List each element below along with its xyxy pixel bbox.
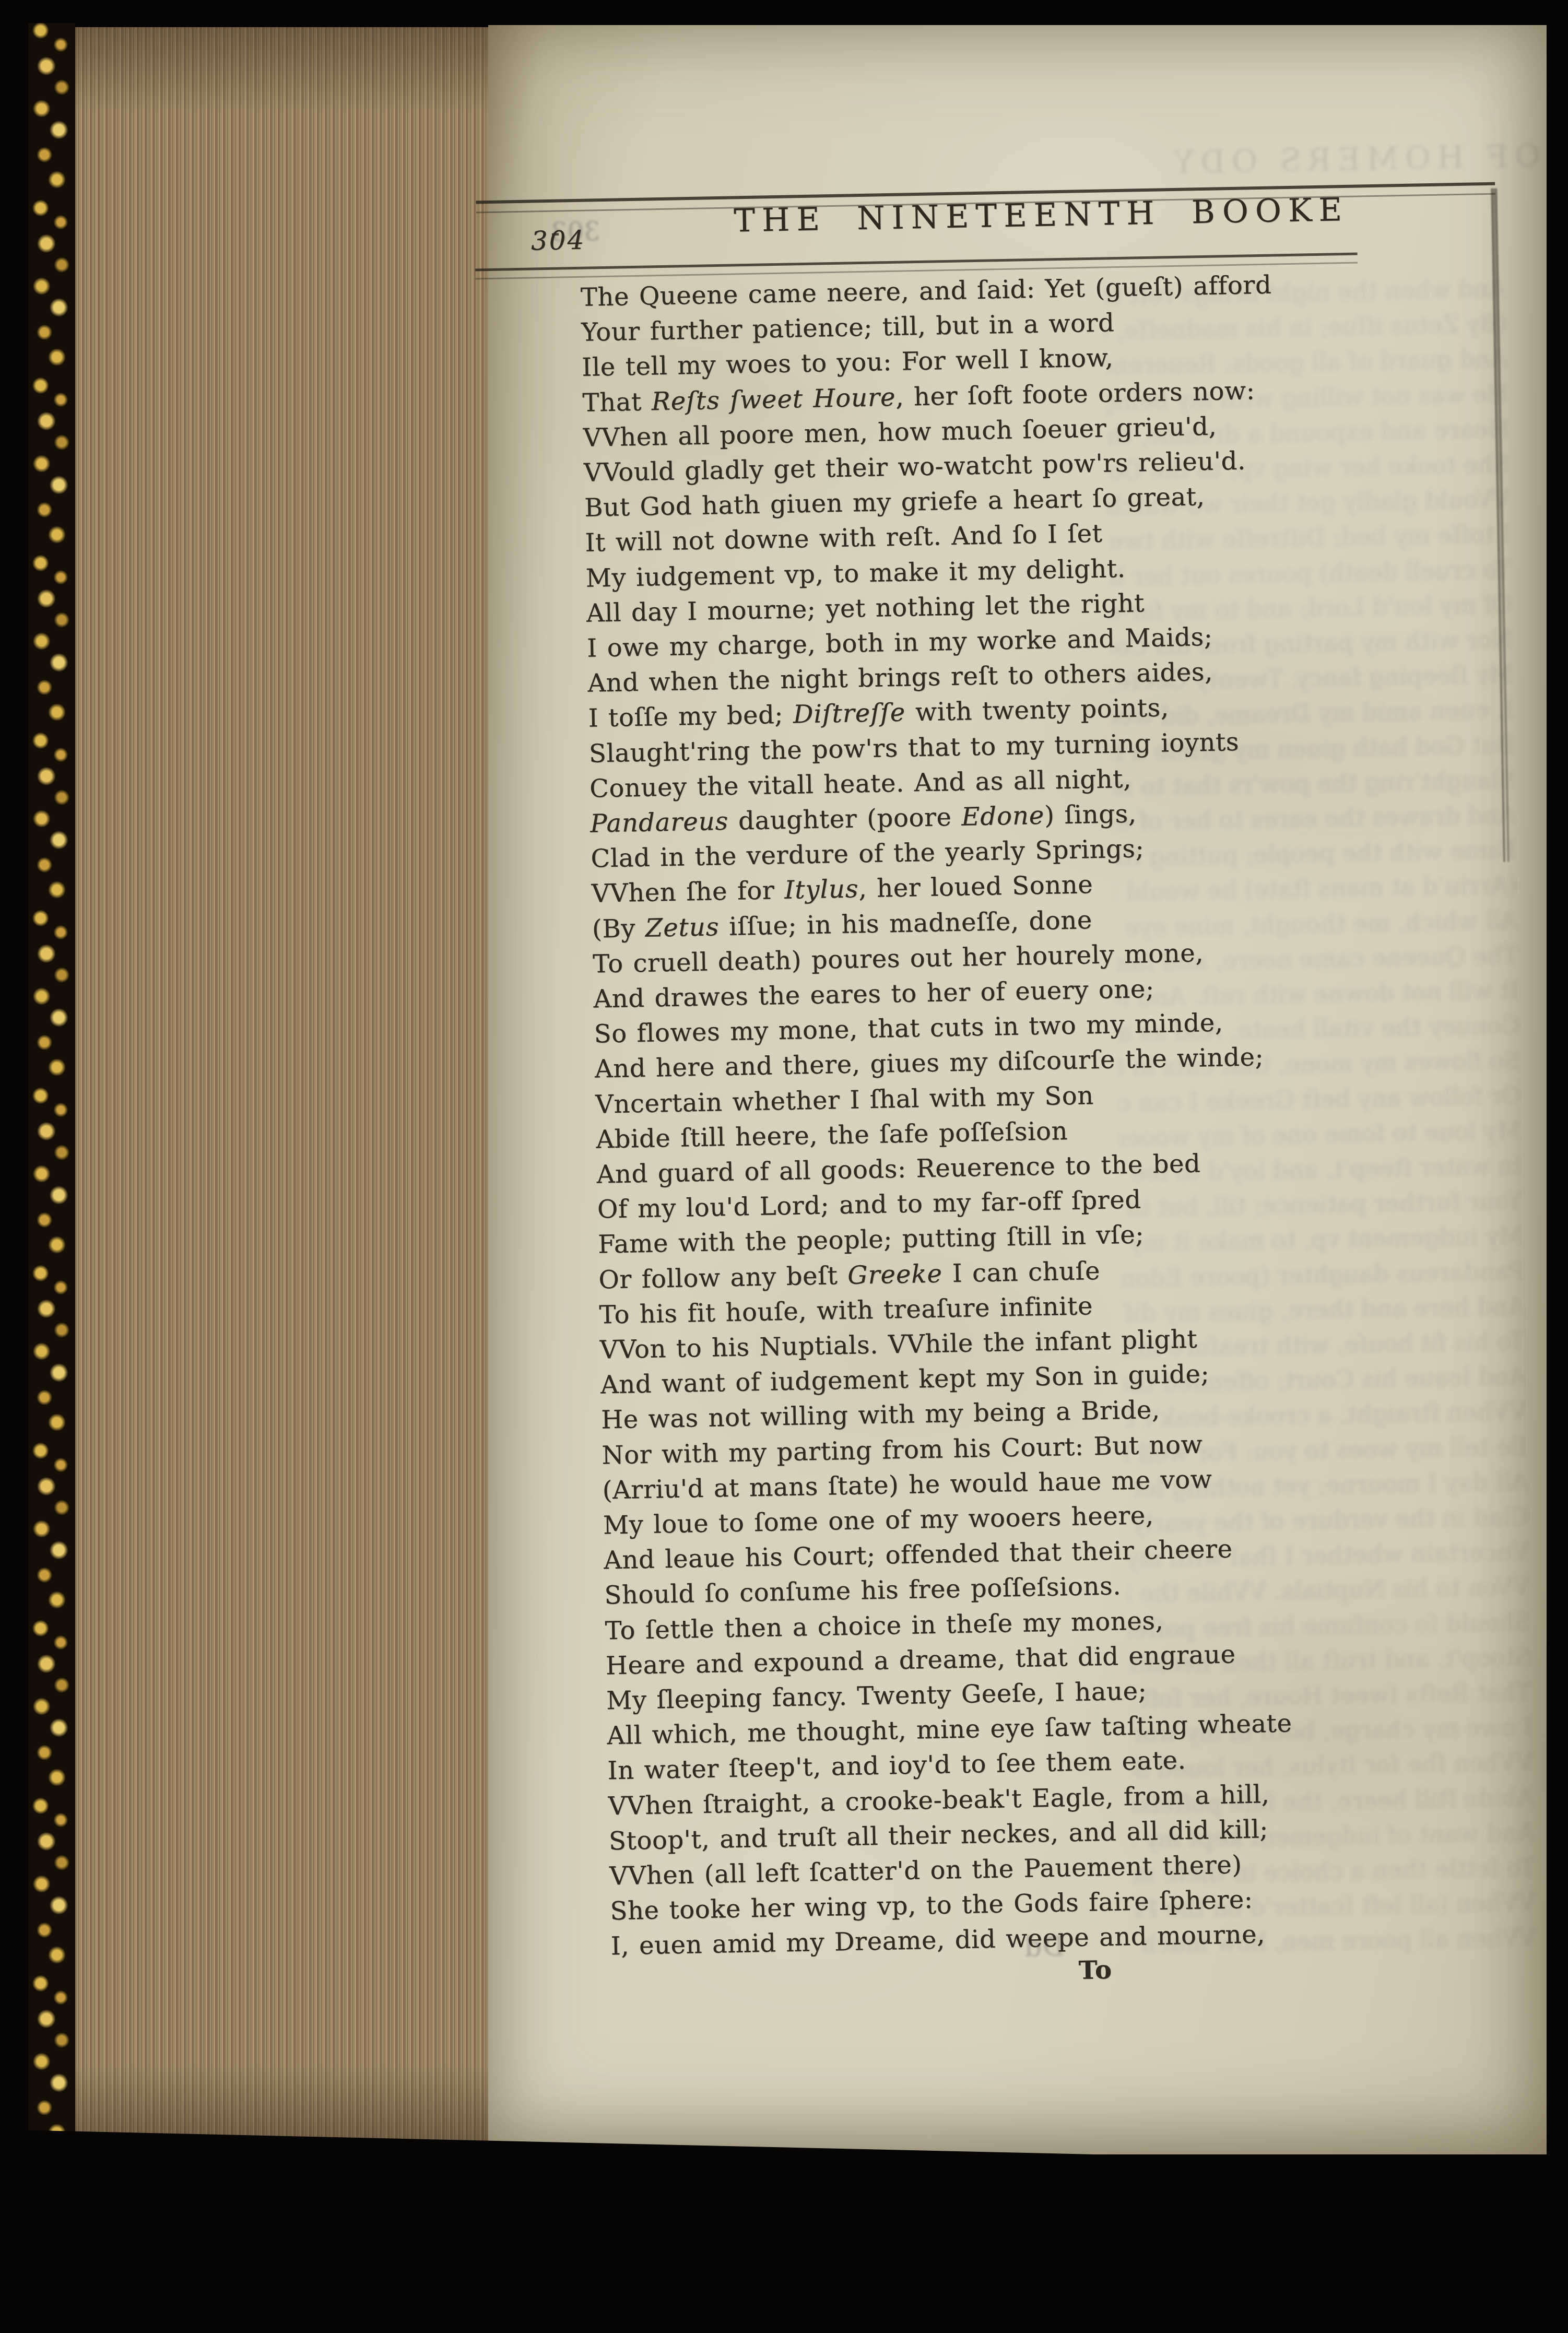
ghost-verso-line: Your further patience; till, but in a wo… (1121, 1186, 1523, 1222)
poem-line: All day I mourne; yet nothing let the ri… (586, 587, 1145, 629)
poem-line: To ſettle then a choice in theſe my mone… (605, 1605, 1164, 1646)
poem-line: Your further patience; till, but in a wo… (581, 307, 1115, 348)
printed-area: OF HOMERS ODYSSES. 303 Dd And when the n… (469, 16, 1566, 2164)
ghost-verso-line: I, euen amid my Dreame, did weepe and mo… (1112, 696, 1514, 731)
ghost-verso-line: (By Zetus iſſue; in his madneſſe, done (1105, 310, 1507, 345)
book-page-photo: OF HOMERS ODYSSES. 303 Dd And when the n… (0, 0, 1568, 2225)
poem-line: I toſſe my bed; Diſtreſſe with twenty po… (588, 692, 1169, 734)
poem-line: To cruell death) poures out her hourely … (593, 937, 1204, 980)
gilt-binding-edge (27, 20, 75, 2155)
ghost-verso-header: OF HOMERS ODYSSES. (1164, 138, 1541, 181)
poem-line: It will not downe with reſt. And ſo I ſe… (585, 518, 1103, 559)
poem-line: Vncertain whether I ſhal with my Son (595, 1080, 1094, 1120)
poem-line: And want of iudgement kept my Son in gui… (600, 1358, 1209, 1400)
ghost-verso-line: And drawes the eares to her of euery one… (1114, 800, 1516, 836)
poem-line: My loue to ſome one of my wooers heere, (603, 1500, 1154, 1541)
ghost-verso-line: Of my lou'd Lord; and to my far-off ſpre… (1110, 590, 1513, 626)
poem-line: VVhen ſhe for Itylus, her loued Sonne (591, 869, 1093, 910)
poem-line: And drawes the eares to her of euery one… (593, 973, 1154, 1015)
ghost-verso-line: And here and there, giues my diſcourſe t… (1123, 1292, 1525, 1327)
photo-border-left (0, 0, 28, 2225)
ghost-verso-line: VVon to his Nuptials. VVhile the infant … (1128, 1572, 1530, 1608)
poem-line: In water ſteep't, and ioy'd to ſee them … (607, 1745, 1186, 1786)
poem-line: Conuey the vitall heate. And as all nigh… (590, 763, 1132, 804)
poem-line: Pandareus daughter (poore Edone) ſings, (590, 798, 1137, 839)
poem-line: VVon to his Nuptials. VVhile the infant … (599, 1324, 1197, 1366)
poem-line: And guard of all goods: Reuerence to the… (596, 1148, 1201, 1190)
poem-line: My iudgement vp, to make it my delight. (585, 552, 1126, 594)
ghost-verso-line: Pandareus daughter (poore Edone) ſings, (1122, 1257, 1525, 1292)
ghost-verso-line: Or follow any beſt Greeke I can chuſe (1119, 1081, 1522, 1117)
header-separator-mark: - (550, 217, 560, 249)
poem-line: (By Zetus iſſue; in his madneſſe, done (592, 904, 1092, 945)
catchword: To (1078, 1955, 1112, 1985)
poem-line: Clad in the verdure of the yearly Spring… (591, 833, 1145, 874)
ghost-verso-line: It will not downe with reſt. And ſo I ſe… (1117, 976, 1519, 1011)
poem-line: Nor with my parting from his Court: But … (602, 1429, 1203, 1471)
ghost-verso-line: Slaught'ring the pow'rs that to my turni… (1113, 765, 1516, 801)
ghost-verso-line: Should ſo conſume his free poſſeſsions. (1128, 1608, 1531, 1643)
ghost-verso-line: (Arriu'd at mans ſtate) he would haue me… (1115, 871, 1517, 906)
poem-line: My ſleeping fancy. Twenty Geeſe, I haue; (606, 1675, 1147, 1716)
page: OF HOMERS ODYSSES. 303 Dd And when the n… (488, 25, 1547, 2154)
ghost-verso-line: To cruell death) poures out her hourely … (1109, 555, 1512, 591)
poem-line: He was not willing with my being a Bride… (601, 1394, 1160, 1436)
ghost-verso-line: Clad in the verdure of the yearly Spring… (1127, 1502, 1529, 1538)
poem-line: To his fit houſe, with treaſure infinite (599, 1290, 1093, 1330)
ghost-verso-line: VVhen ſtraight, a crooke-beak't Eagle, f… (1125, 1397, 1527, 1432)
poem-line: Should ſo conſume his free poſſeſsions. (604, 1571, 1122, 1611)
ghost-verso-line: VVhen ſhe for Itylus, her loued Sonne (1131, 1748, 1534, 1783)
photo-border-right (1547, 0, 1568, 2225)
photo-border-top (0, 0, 1568, 23)
ghost-verso-line: Fame with the people; putting ſtill in v… (1114, 835, 1517, 871)
poem-line: Of my lou'd Lord; and to my far-off ſpre… (597, 1184, 1141, 1226)
poem-line: Fame with the people; putting ſtill in v… (598, 1219, 1145, 1260)
poem-line: (Arriu'd at mans ſtate) he would haue me… (602, 1464, 1212, 1506)
ghost-verso-line: That Reſts ſweet Houre, her ſoft foote o… (1130, 1678, 1532, 1713)
ghost-verso-line: And guard of all goods: Reuerence to the… (1105, 345, 1508, 380)
ghost-verso-line: I toſſe my bed; Diſtreſſe with twenty po… (1109, 520, 1511, 556)
poem-line: Abide ſtill heere, the ſafe poſſeſsion (596, 1115, 1068, 1156)
ghost-verso-line: My loue to ſome one of my wooers heere, (1119, 1116, 1522, 1152)
page-fore-edges (75, 27, 498, 2150)
poem-line: Ile tell my woes to you: For well I know… (582, 343, 1114, 384)
ghost-verso-line: All which, me thought, mine eye ſaw taſt… (1116, 906, 1518, 941)
poem-line: Or follow any beſt Greeke I can chuſe (598, 1255, 1101, 1296)
ghost-verso-line: My iudgement vp, to make it my delight. (1122, 1221, 1524, 1257)
